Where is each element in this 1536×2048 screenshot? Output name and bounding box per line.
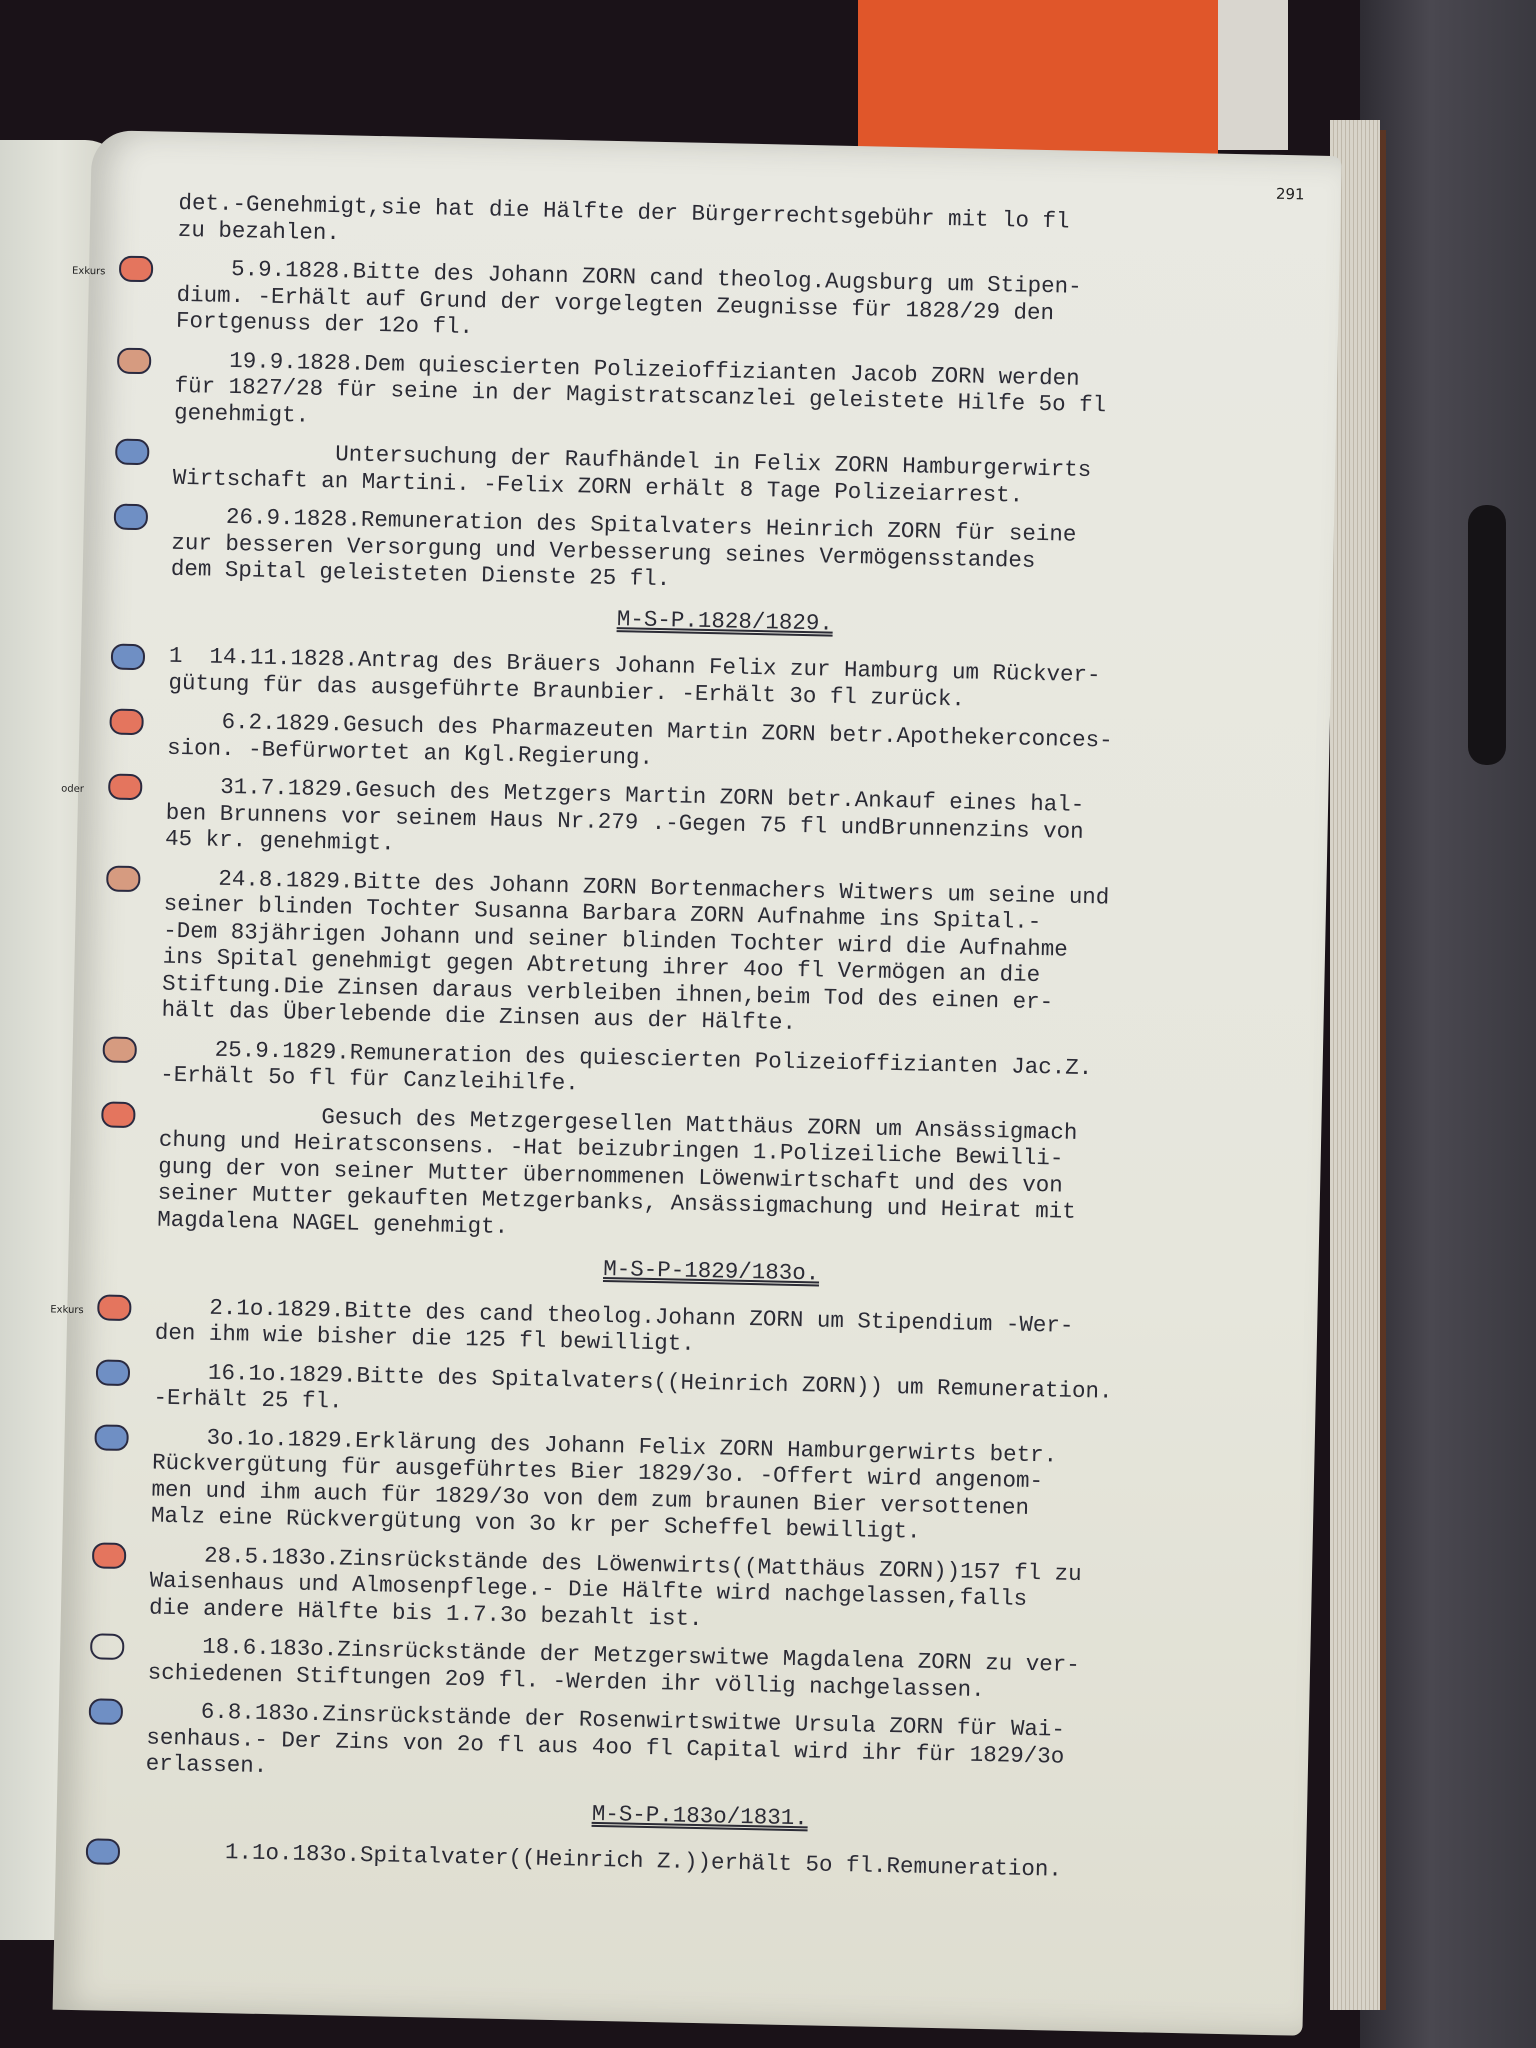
record-entry: 1.1o.183o.Spitalvater((Heinrich Z.))erhä…: [144, 1837, 1254, 1887]
margin-circle-annotation: [101, 1101, 136, 1128]
margin-circle-annotation: [92, 1542, 127, 1569]
record-entry: Exkurs 2.1o.1829.Bitte des cand theolog.…: [155, 1293, 1266, 1369]
margin-circle-annotation: [97, 1294, 132, 1321]
orange-bookmark: [858, 0, 1218, 165]
bookmark-paper-strip: [1218, 0, 1288, 150]
book-holder-clip: [1468, 505, 1506, 765]
record-entry: 25.9.1829.Remuneration des quiescierten …: [160, 1035, 1271, 1111]
record-entry: 1 14.11.1828.Antrag des Bräuers Johann F…: [168, 643, 1279, 719]
record-entry: det.-Genehmigt,sie hat die Hälfte der Bü…: [178, 190, 1289, 266]
margin-circle-annotation: [90, 1633, 125, 1660]
document-page: 291 det.-Genehmigt,sie hat die Hälfte de…: [53, 130, 1342, 2036]
margin-circle-annotation: [94, 1424, 129, 1451]
margin-note: oder: [61, 777, 84, 804]
record-entry: 19.9.1828.Dem quiescierten Polizeioffizi…: [174, 346, 1285, 449]
record-entry: Exkurs 5.9.1828.Bitte des Johann ZORN ca…: [176, 255, 1287, 358]
record-entry: 18.6.183o.Zinsrückstände der Metzgerswit…: [147, 1633, 1258, 1709]
record-entry: 6.8.183o.Zinsrückstände der Rosenwirtswi…: [146, 1697, 1257, 1800]
margin-circle-annotation: [111, 644, 146, 671]
record-entry: 26.9.1828.Remuneration des Spitalvaters …: [171, 503, 1282, 606]
margin-circle-annotation: [96, 1359, 131, 1386]
record-entry: 3o.1o.1829.Erklärung des Johann Felix ZO…: [151, 1423, 1263, 1552]
record-entry: Untersuchung der Raufhändel in Felix ZOR…: [172, 438, 1283, 514]
margin-circle-annotation: [109, 709, 144, 736]
record-entry: Gesuch des Metzgergesellen Matthäus ZORN…: [157, 1100, 1270, 1256]
margin-circle-annotation: [115, 439, 150, 466]
record-entry: 6.2.1829.Gesuch des Pharmazeuten Martin …: [167, 708, 1278, 784]
margin-circle-annotation: [89, 1698, 124, 1725]
page-content: det.-Genehmigt,sie hat die Hälfte der Bü…: [143, 190, 1288, 1899]
record-entry: oder 31.7.1829.Gesuch des Metzgers Marti…: [165, 773, 1276, 876]
page-number: 291: [1276, 185, 1305, 204]
text-line: 1.1o.183o.Spitalvater((Heinrich Z.))erhä…: [144, 1837, 1254, 1887]
record-entry: 24.8.1829.Bitte des Johann ZORN Bortenma…: [161, 864, 1274, 1046]
margin-note: Exkurs: [72, 259, 106, 286]
section-heading: M-S-P.183o/1831.: [145, 1791, 1255, 1841]
margin-circle-annotation: [86, 1838, 121, 1865]
margin-circle-annotation: [114, 504, 149, 531]
margin-circle-annotation: [117, 347, 152, 374]
margin-circle-annotation: [102, 1036, 137, 1063]
margin-circle-annotation: [108, 773, 143, 800]
record-entry: 16.1o.1829.Bitte des Spitalvaters((Heinr…: [153, 1358, 1264, 1434]
margin-circle-annotation: [106, 865, 141, 892]
background-right: [1360, 0, 1536, 2048]
section-heading: M-S-P-1829/183o.: [156, 1247, 1266, 1297]
margin-circle-annotation: [119, 256, 154, 283]
margin-note: Exkurs: [50, 1297, 84, 1324]
section-heading: M-S-P.1828/1829.: [170, 596, 1280, 646]
page-edges: [1330, 120, 1380, 2010]
record-entry: 28.5.183o.Zinsrückstände des Löwenwirts(…: [149, 1541, 1260, 1644]
